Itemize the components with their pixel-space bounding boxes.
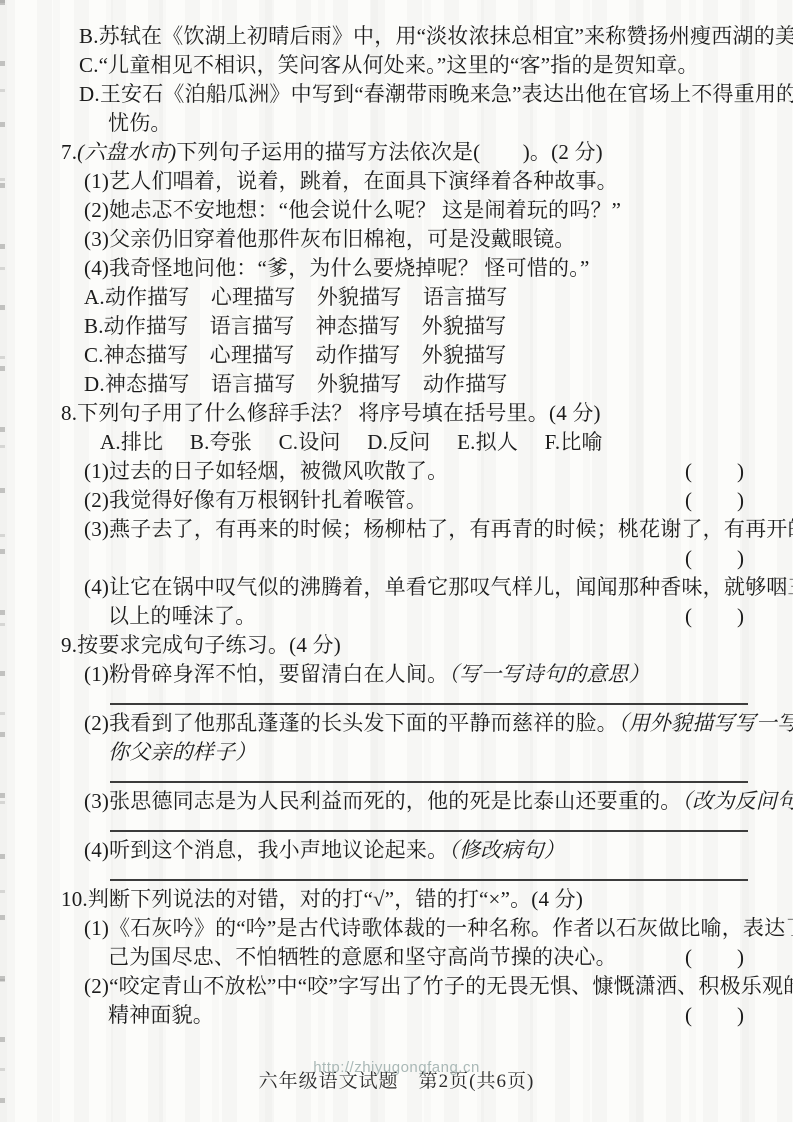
- q7-item-2: (2)她忐忑不安地想：“他会说什么呢？ 这是闹着玩的吗？”: [0, 196, 793, 225]
- question-10-stem: 10.判断下列说法的对错，对的打“√”，错的打“×”。(4 分): [0, 885, 793, 914]
- body-text: (2)我看到了他那乱蓬蓬的长头发下面的平静而慈祥的脸。: [84, 711, 618, 735]
- body-text: 10.判断下列说法的对错，对的打“√”，错的打“×”。(4 分): [61, 887, 583, 911]
- q10-item-2-cont: 精神面貌。( ): [0, 1001, 793, 1030]
- answer-bracket: ( ): [685, 1001, 745, 1030]
- hint-text: (六盘水市): [77, 140, 176, 164]
- body-text: (3)父亲仍旧穿着他那件灰布旧棉袍，可是没戴眼镜。: [84, 227, 575, 251]
- q10-item-2: (2)“咬定青山不放松”中“咬”字写出了竹子的无畏无惧、慷慨潇洒、积极乐观的: [0, 972, 793, 1001]
- q8-choices: A.排比 B.夸张 C.设问 D.反问 E.拟人 F.比喻: [0, 428, 793, 457]
- body-text: 7.: [61, 140, 77, 164]
- q9-item-1: (1)粉骨碎身浑不怕，要留清白在人间。（写一写诗句的意思）: [0, 660, 793, 689]
- content-lines: B.苏轼在《饮湖上初晴后雨》中，用“淡妆浓抹总相宜”来称赞扬州瘦西湖的美。C.“…: [0, 22, 793, 1030]
- q7-item-4: (4)我奇怪地问他：“爹，为什么要烧掉呢？ 怪可惜的。”: [0, 254, 793, 283]
- q10-item-1: (1)《石灰吟》的“吟”是古代诗歌体裁的一种名称。作者以石灰做比喻，表达了自: [0, 914, 793, 943]
- body-text: (2)我觉得好像有万根钢针扎着喉管。: [84, 488, 427, 512]
- body-text: B.苏轼在《饮湖上初晴后雨》中，用“淡妆浓抹总相宜”来称赞扬州瘦西湖的美。: [79, 24, 793, 48]
- question-7-stem: 7.(六盘水市)下列句子运用的描写方法依次是( )。(2 分): [0, 138, 793, 167]
- body-text: A.排比 B.夸张 C.设问 D.反问 E.拟人 F.比喻: [100, 430, 603, 454]
- q9-item-2: (2)我看到了他那乱蓬蓬的长头发下面的平静而慈祥的脸。（用外貌描写写一写: [0, 709, 793, 738]
- q9-answer-line-4: [110, 879, 748, 881]
- body-text: C.神态描写 心理描写 动作描写 外貌描写: [84, 343, 506, 367]
- body-text: D.王安石《泊船瓜洲》中写到“春潮带雨晚来急”表达出他在官场上不得重用的: [79, 82, 793, 106]
- q8-item-4: (4)让它在锅中叹气似的沸腾着，单看它那叹气样儿，闻闻那种香味，就够咽三口: [0, 573, 793, 602]
- q6-option-d-cont: 忧伤。: [0, 109, 793, 138]
- answer-bracket: ( ): [685, 544, 745, 573]
- q9-item-3: (3)张思德同志是为人民利益而死的，他的死是比泰山还要重的。（改为反问句）: [0, 787, 793, 816]
- body-text: 8.下列句子用了什么修辞手法？ 将序号填在括号里。(4 分): [61, 401, 601, 425]
- body-text: (4)听到这个消息，我小声地议论起来。: [84, 838, 448, 862]
- hint-text: （改为反问句）: [681, 789, 793, 813]
- q9-answer-line-2: [110, 781, 748, 783]
- body-text: (2)“咬定青山不放松”中“咬”字写出了竹子的无畏无惧、慷慨潇洒、积极乐观的: [84, 974, 793, 998]
- body-text: A.动作描写 心理描写 外貌描写 语言描写: [84, 285, 508, 309]
- body-text: (1)艺人们唱着，说着，跳着，在面具下演绎着各种故事。: [84, 169, 618, 193]
- body-text: (3)燕子去了，有再来的时候；杨柳枯了，有再青的时候；桃花谢了，有再开的时候。: [84, 517, 793, 541]
- question-8-stem: 8.下列句子用了什么修辞手法？ 将序号填在括号里。(4 分): [0, 399, 793, 428]
- q7-option-b: B.动作描写 语言描写 神态描写 外貌描写: [0, 312, 793, 341]
- q7-option-c: C.神态描写 心理描写 动作描写 外貌描写: [0, 341, 793, 370]
- q8-item-3: (3)燕子去了，有再来的时候；杨柳枯了，有再青的时候；桃花谢了，有再开的时候。: [0, 515, 793, 544]
- body-text: 下列句子运用的描写方法依次是( )。(2 分): [176, 140, 603, 164]
- exam-page: { "page": { "background": "#fcfcfa", "te…: [0, 0, 793, 1122]
- hint-text: （修改病句）: [448, 838, 565, 862]
- q10-item-1-cont: 己为国尽忠、不怕牺牲的意愿和坚守高尚节操的决心。( ): [0, 943, 793, 972]
- body-text: (1)粉骨碎身浑不怕，要留清白在人间。: [84, 662, 448, 686]
- q6-option-b: B.苏轼在《饮湖上初晴后雨》中，用“淡妆浓抹总相宜”来称赞扬州瘦西湖的美。: [0, 22, 793, 51]
- q7-option-a: A.动作描写 心理描写 外貌描写 语言描写: [0, 283, 793, 312]
- q9-answer-line-1: [110, 703, 748, 705]
- body-text: (3)张思德同志是为人民利益而死的，他的死是比泰山还要重的。: [84, 789, 681, 813]
- body-text: C.“儿童相见不相识，笑问客从何处来。”这里的“客”指的是贺知章。: [79, 53, 699, 77]
- answer-bracket: ( ): [685, 602, 745, 631]
- body-text: 以上的唾沫了。: [108, 604, 256, 628]
- body-text: 己为国尽忠、不怕牺牲的意愿和坚守高尚节操的决心。: [108, 945, 617, 969]
- body-text: (1)过去的日子如轻烟，被微风吹散了。: [84, 459, 448, 483]
- body-text: 9.按要求完成句子练习。(4 分): [61, 633, 341, 657]
- body-text: 精神面貌。: [108, 1003, 214, 1027]
- q7-option-d: D.神态描写 语言描写 外貌描写 动作描写: [0, 370, 793, 399]
- q8-item-4-cont: 以上的唾沫了。( ): [0, 602, 793, 631]
- body-text: 忧伤。: [108, 111, 172, 135]
- body-text: (1)《石灰吟》的“吟”是古代诗歌体裁的一种名称。作者以石灰做比喻，表达了自: [84, 916, 793, 940]
- body-text: D.神态描写 语言描写 外貌描写 动作描写: [84, 372, 508, 396]
- q6-option-d: D.王安石《泊船瓜洲》中写到“春潮带雨晚来急”表达出他在官场上不得重用的: [0, 80, 793, 109]
- answer-bracket: ( ): [685, 943, 745, 972]
- body-text: B.动作描写 语言描写 神态描写 外貌描写: [84, 314, 506, 338]
- q7-item-1: (1)艺人们唱着，说着，跳着，在面具下演绎着各种故事。: [0, 167, 793, 196]
- body-text: (4)我奇怪地问他：“爹，为什么要烧掉呢？ 怪可惜的。”: [84, 256, 589, 280]
- body-text: (4)让它在锅中叹气似的沸腾着，单看它那叹气样儿，闻闻那种香味，就够咽三口: [84, 575, 793, 599]
- answer-bracket: ( ): [685, 457, 745, 486]
- question-9-stem: 9.按要求完成句子练习。(4 分): [0, 631, 793, 660]
- hint-text: （写一写诗句的意思）: [448, 662, 650, 686]
- body-text: (2)她忐忑不安地想：“他会说什么呢？ 这是闹着玩的吗？”: [84, 198, 621, 222]
- q7-item-3: (3)父亲仍旧穿着他那件灰布旧棉袍，可是没戴眼镜。: [0, 225, 793, 254]
- q9-item-4: (4)听到这个消息，我小声地议论起来。（修改病句）: [0, 836, 793, 865]
- watermark-url: http://zhiyugongfang.cn: [0, 1059, 793, 1076]
- q8-item-2: (2)我觉得好像有万根钢针扎着喉管。( ): [0, 486, 793, 515]
- hint-text: （用外貌描写写一写: [618, 711, 793, 735]
- q9-item-2-cont: 你父亲的样子）: [0, 738, 793, 767]
- q8-item-3-bracket-row: ( ): [0, 544, 793, 573]
- q9-answer-line-3: [110, 830, 748, 832]
- answer-bracket: ( ): [685, 486, 745, 515]
- q6-option-c: C.“儿童相见不相识，笑问客从何处来。”这里的“客”指的是贺知章。: [0, 51, 793, 80]
- q8-item-1: (1)过去的日子如轻烟，被微风吹散了。( ): [0, 457, 793, 486]
- hint-text: 你父亲的样子）: [108, 740, 256, 764]
